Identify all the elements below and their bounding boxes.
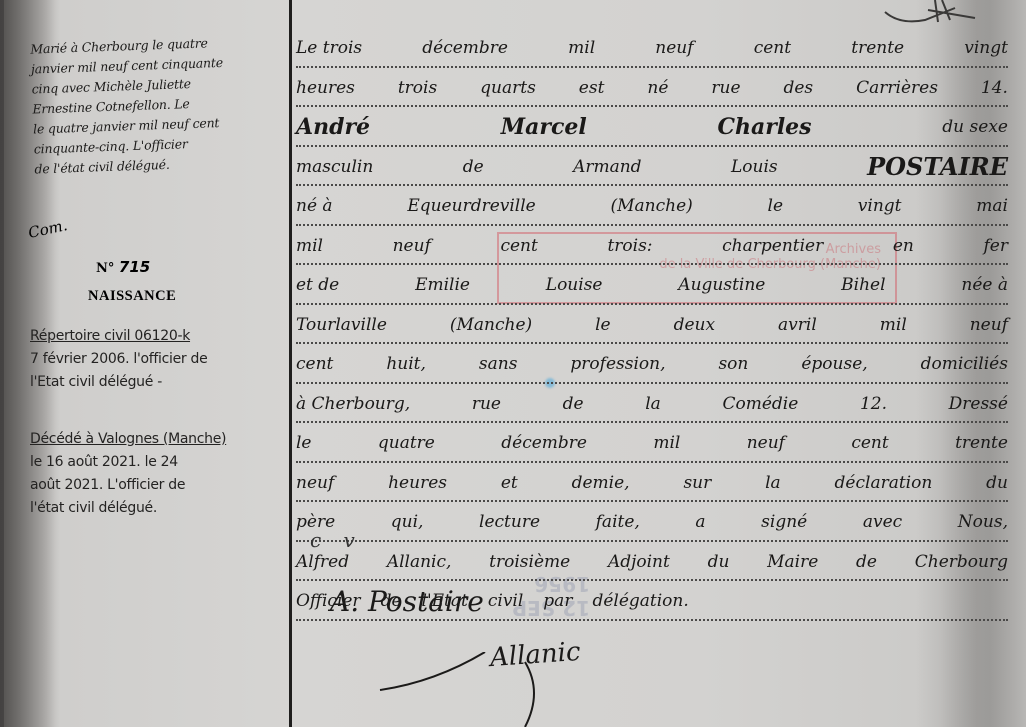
- act-line: milneufcenttrois:charpentierenfer: [296, 226, 1008, 266]
- repertoire-annotation: Répertoire civil 06120-k 7 février 2006.…: [30, 325, 292, 394]
- act-line: Tourlaville(Manche)ledeuxavrilmilneuf: [296, 305, 1008, 345]
- act-number: N° 715: [96, 258, 150, 276]
- annotation-line: l'Etat civil délégué -: [30, 371, 292, 394]
- annotation-line: août 2021. L'officier de: [30, 474, 292, 497]
- annotation-line: Répertoire civil 06120-k: [30, 325, 292, 348]
- act-line: AlfredAllanic,troisièmeAdjointduMairedeC…: [296, 542, 1008, 582]
- child-third-name: Charles: [717, 107, 811, 145]
- act-line: lequatredécembremilneufcenttrente: [296, 423, 1008, 463]
- number-label: N°: [96, 261, 114, 276]
- act-line: centhuit,sansprofession,sonépouse,domici…: [296, 344, 1008, 384]
- act-body: Le troisdécembremilneufcenttrentevingt h…: [296, 28, 1008, 621]
- number-value: 715: [119, 258, 150, 276]
- annotation-line: le 16 août 2021. le 24: [30, 451, 292, 474]
- page-edge: [0, 0, 4, 727]
- act-line: neufheuresetdemie,surladéclarationdu: [296, 463, 1008, 503]
- register-page: Marié à Cherbourg le quatre janvier mil …: [0, 0, 1026, 727]
- act-line: à Cherbourg,ruedelaComédie12.Dressé: [296, 384, 1008, 424]
- act-line: né àEqueurdreville(Manche)levingtmai: [296, 186, 1008, 226]
- marriage-mention: Marié à Cherbourg le quatre janvier mil …: [18, 31, 291, 180]
- cv-annotation: c v: [310, 528, 363, 552]
- act-line: et deEmilieLouiseAugustineBihelnée à: [296, 265, 1008, 305]
- act-line: pèrequi,lecturefaite,asignéavecNous,: [296, 502, 1008, 542]
- declarant-signature: A. Postaire: [330, 585, 484, 618]
- act-type-heading: NAISSANCE: [88, 288, 176, 305]
- officer-signature: Allanic: [489, 637, 581, 673]
- act-line: heurestroisquartsestnéruedesCarrières14.: [296, 68, 1008, 108]
- margin-column: Marié à Cherbourg le quatre janvier mil …: [18, 40, 286, 180]
- child-second-name: Marcel: [501, 107, 587, 145]
- corner-scribble-icon: [880, 0, 980, 30]
- act-line: masculindeArmandLouisPOSTAIRE: [296, 147, 1008, 187]
- annotation-line: 7 février 2006. l'officier de: [30, 348, 292, 371]
- child-name-line: AndréMarcelCharlesdu sexe: [296, 107, 1008, 147]
- family-name: POSTAIRE: [867, 147, 1008, 185]
- child-first-name: André: [296, 107, 370, 145]
- act-line: Le troisdécembremilneufcenttrentevingt: [296, 28, 1008, 68]
- death-annotation: Décédé à Valognes (Manche) le 16 août 20…: [30, 428, 292, 520]
- annotation-line: l'état civil délégué.: [30, 497, 292, 520]
- annotation-line: Décédé à Valognes (Manche): [30, 428, 292, 451]
